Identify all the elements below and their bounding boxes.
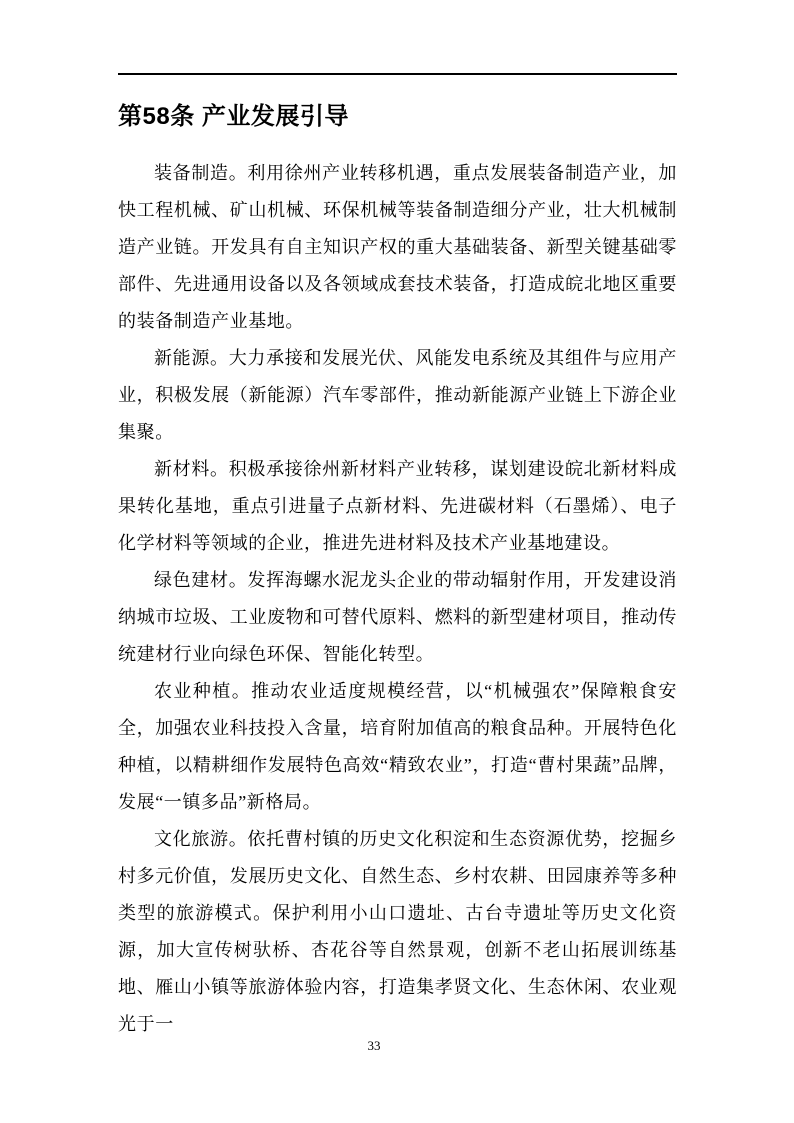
paragraph-new-energy: 新能源。大力承接和发展光伏、风能发电系统及其组件与应用产业，积极发展（新能源）汽… xyxy=(118,340,677,451)
paragraph-agriculture-planting: 农业种植。推动农业适度规模经营，以“机械强农”保障粮食安全，加强农业科技投入含量… xyxy=(118,673,677,821)
header-divider-rule xyxy=(118,73,677,75)
paragraph-equipment-manufacturing: 装备制造。利用徐州产业转移机遇，重点发展装备制造产业，加快工程机械、矿山机械、环… xyxy=(118,155,677,340)
page-number: 33 xyxy=(0,1038,748,1054)
paragraph-green-building-materials: 绿色建材。发挥海螺水泥龙头企业的带动辐射作用，开发建设消纳城市垃圾、工业废物和可… xyxy=(118,562,677,673)
paragraph-culture-tourism: 文化旅游。依托曹村镇的历史文化积淀和生态资源优势，挖掘乡村多元价值，发展历史文化… xyxy=(118,821,677,1043)
document-body: 装备制造。利用徐州产业转移机遇，重点发展装备制造产业，加快工程机械、矿山机械、环… xyxy=(118,155,677,1043)
paragraph-new-materials: 新材料。积极承接徐州新材料产业转移，谋划建设皖北新材料成果转化基地，重点引进量子… xyxy=(118,451,677,562)
document-page: 第58条 产业发展引导 装备制造。利用徐州产业转移机遇，重点发展装备制造产业，加… xyxy=(0,0,794,1123)
section-heading: 第58条 产业发展引导 xyxy=(118,101,349,133)
